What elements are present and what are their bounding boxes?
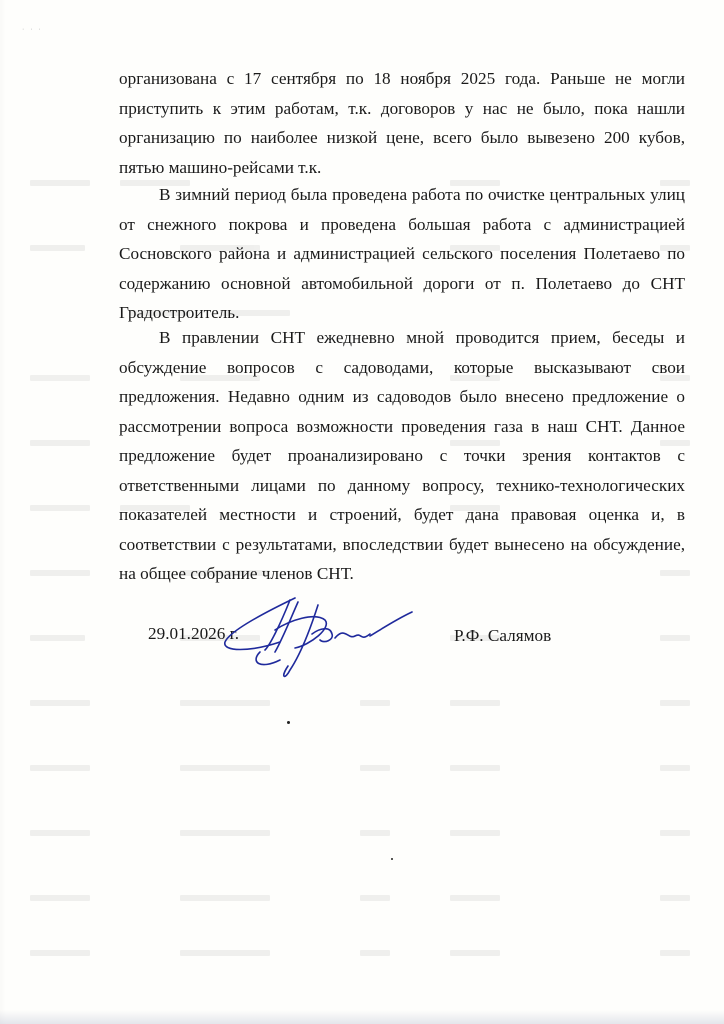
scanned-page: · · · организована с 17 сентября по 18 н…: [0, 0, 724, 1024]
signatory-name: Р.Ф. Салямов: [454, 626, 551, 646]
paragraph-continuation: организована с 17 сентября по 18 ноября …: [119, 64, 685, 182]
handwritten-signature-icon: [220, 590, 420, 685]
scan-bottom-edge: [0, 1010, 724, 1024]
paragraph-winter-work: В зимний период была проведена работа по…: [119, 180, 685, 328]
paragraph-board-reception: В правлении СНТ ежедневно мной проводитс…: [119, 323, 685, 589]
paragraph-text: организована с 17 сентября по 18 ноября …: [119, 64, 685, 182]
paragraph-text: В зимний период была проведена работа по…: [119, 180, 685, 328]
paragraph-text: В правлении СНТ ежедневно мной проводитс…: [119, 323, 685, 589]
scan-corner-marks: · · ·: [22, 26, 43, 33]
scan-speck: [391, 858, 393, 860]
scan-speck: [287, 721, 290, 724]
